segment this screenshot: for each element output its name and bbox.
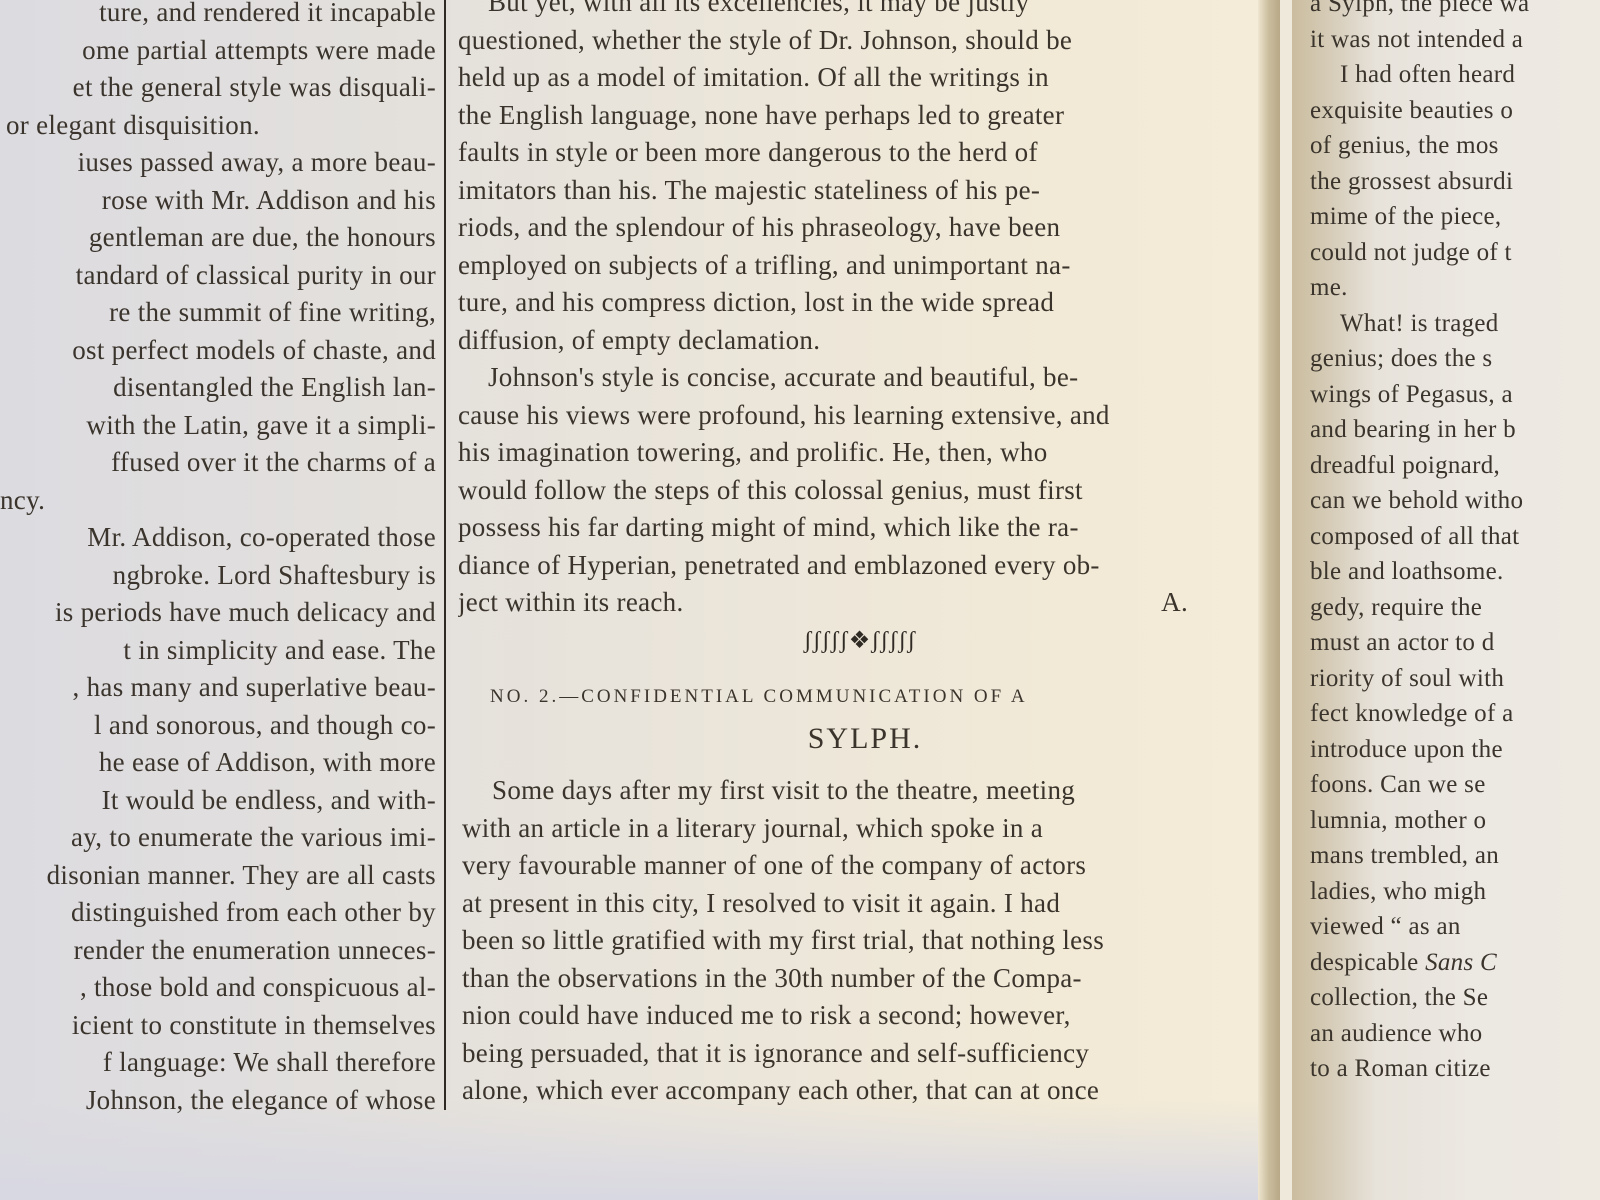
text-line: employed on subjects of a trifling, and … xyxy=(458,247,1218,285)
text-line: , those bold and conspicuous al- xyxy=(0,969,436,1007)
text-line: It would be endless, and with- xyxy=(0,782,436,820)
text-line: But yet, with all its excellencies, it m… xyxy=(458,0,1218,22)
text-line: riority of soul with xyxy=(1310,661,1600,697)
middle-column: But yet, with all its excellencies, it m… xyxy=(458,0,1218,622)
text-line: icient to constitute in themselves xyxy=(0,1007,436,1045)
text-line: collection, the Se xyxy=(1310,980,1600,1016)
text-line: distinguished from each other by xyxy=(0,894,436,932)
text-line: ost perfect models of chaste, and xyxy=(0,332,436,370)
text-line: ngbroke. Lord Shaftesbury is xyxy=(0,557,436,595)
text-line: with an article in a literary journal, w… xyxy=(462,810,1222,848)
text-line: an audience who xyxy=(1310,1016,1600,1052)
text-line: or elegant disquisition. xyxy=(0,107,436,145)
text-line: it was not intended a xyxy=(1310,22,1600,58)
text-line: me. xyxy=(1310,270,1600,306)
text-line: been so little gratified with my first t… xyxy=(462,922,1222,960)
text-line: I had often heard xyxy=(1310,57,1600,93)
section-title: SYLPH. xyxy=(440,722,1290,756)
text-line: ture, and his compress diction, lost in … xyxy=(458,284,1218,322)
text-line: with the Latin, gave it a simpli- xyxy=(0,407,436,445)
text-line: iuses passed away, a more beau- xyxy=(0,144,436,182)
text-line: tandard of classical purity in our xyxy=(0,257,436,295)
text-line: dreadful poignard, xyxy=(1310,448,1600,484)
text-line: foons. Can we se xyxy=(1310,767,1600,803)
text-line: ture, and rendered it incapable xyxy=(0,0,436,32)
author-signature: A. xyxy=(1161,584,1188,622)
text-line: disonian manner. They are all casts xyxy=(0,857,436,895)
text-line: ject within its reach. A. xyxy=(458,584,1218,622)
text-line: the English language, none have perhaps … xyxy=(458,97,1218,135)
text-line: at present in this city, I resolved to v… xyxy=(462,885,1222,923)
paragraph-johnson-style: Johnson's style is concise, accurate and… xyxy=(458,359,1218,622)
page-edge-shadow xyxy=(1258,0,1280,1200)
text-line: to a Roman citize xyxy=(1310,1051,1600,1087)
paragraph-sylph-communication: Some days after my first visit to the th… xyxy=(462,772,1222,1110)
text-line: he ease of Addison, with more xyxy=(0,744,436,782)
text-line: despicable Sans C xyxy=(1310,945,1600,981)
text-line: Johnson's style is concise, accurate and… xyxy=(458,359,1218,397)
text-line: ome partial attempts were made xyxy=(0,32,436,70)
text-line: his imagination towering, and prolific. … xyxy=(458,434,1218,472)
text-line: Some days after my first visit to the th… xyxy=(462,772,1222,810)
text-line: a Sylph, the piece wa xyxy=(1310,0,1600,22)
text-line: t in simplicity and ease. The xyxy=(0,632,436,670)
text-line: What! is traged xyxy=(1310,306,1600,342)
text-line: questioned, whether the style of Dr. Joh… xyxy=(458,22,1218,60)
text-line: riods, and the splendour of his phraseol… xyxy=(458,209,1218,247)
text-line: viewed “ as an xyxy=(1310,909,1600,945)
text-line: very favourable manner of one of the com… xyxy=(462,847,1222,885)
text-line: imitators than his. The majestic stateli… xyxy=(458,172,1218,210)
text-line: alone, which ever accompany each other, … xyxy=(462,1072,1222,1110)
text-line: lumnia, mother o xyxy=(1310,803,1600,839)
text-fragment: despicable xyxy=(1310,949,1425,976)
text-line: ncy. xyxy=(0,482,436,520)
italic-fragment: Sans C xyxy=(1425,949,1497,976)
text-line: mans trembled, an xyxy=(1310,838,1600,874)
text-line: wings of Pegasus, a xyxy=(1310,377,1600,413)
text-line: rose with Mr. Addison and his xyxy=(0,182,436,220)
text-line: gentleman are due, the honours xyxy=(0,219,436,257)
text-line: composed of all that xyxy=(1310,519,1600,555)
text-line: l and sonorous, and though co- xyxy=(0,707,436,745)
text-line: would follow the steps of this colossal … xyxy=(458,472,1218,510)
text-line: ay, to enumerate the various imi- xyxy=(0,819,436,857)
middle-column-lower: Some days after my first visit to the th… xyxy=(462,772,1222,1110)
text-line: held up as a model of imitation. Of all … xyxy=(458,59,1218,97)
text-line: faults in style or been more dangerous t… xyxy=(458,134,1218,172)
text-line: than the observations in the 30th number… xyxy=(462,960,1222,998)
text-line: disentangled the English lan- xyxy=(0,369,436,407)
text-line: mime of the piece, xyxy=(1310,199,1600,235)
text-line: ble and loathsome. xyxy=(1310,554,1600,590)
text-line: ladies, who migh xyxy=(1310,874,1600,910)
text-line: can we behold witho xyxy=(1310,483,1600,519)
text-line: exquisite beauties o xyxy=(1310,93,1600,129)
text-line: et the general style was disquali- xyxy=(0,69,436,107)
text-line: introduce upon the xyxy=(1310,732,1600,768)
text-line: gedy, require the xyxy=(1310,590,1600,626)
text-line: is periods have much delicacy and xyxy=(0,594,436,632)
text-line: of genius, the mos xyxy=(1310,128,1600,164)
text-line: f language: We shall therefore xyxy=(0,1044,436,1082)
text-line: , has many and superlative beau- xyxy=(0,669,436,707)
text-line: genius; does the s xyxy=(1310,341,1600,377)
decorative-ornament-divider: ʃʃʃʃʃ❖ʃʃʃʃʃ xyxy=(740,626,980,655)
paragraph-johnson-critique: But yet, with all its excellencies, it m… xyxy=(458,0,1218,359)
column-rule xyxy=(444,0,446,1110)
text-line: being persuaded, that it is ignorance an… xyxy=(462,1035,1222,1073)
text-line: nion could have induced me to risk a sec… xyxy=(462,997,1222,1035)
text-line: diffusion, of empty declamation. xyxy=(458,322,1218,360)
text-line: render the enumeration unneces- xyxy=(0,932,436,970)
text-line: re the summit of fine writing, xyxy=(0,294,436,332)
text-line: possess his far darting might of mind, w… xyxy=(458,509,1218,547)
text-line: Mr. Addison, co-operated those xyxy=(0,519,436,557)
text-line: ffused over it the charms of a xyxy=(0,444,436,482)
text-fragment: ject within its reach. xyxy=(458,587,684,617)
text-line: the grossest absurdi xyxy=(1310,164,1600,200)
text-line: fect knowledge of a xyxy=(1310,696,1600,732)
left-column: ture, and rendered it incapable ome part… xyxy=(0,0,436,1119)
section-heading: NO. 2.—CONFIDENTIAL COMMUNICATION OF A xyxy=(490,686,1210,708)
text-line: cause his views were profound, his learn… xyxy=(458,397,1218,435)
right-column: a Sylph, the piece wa it was not intende… xyxy=(1310,0,1600,1087)
text-line: and bearing in her b xyxy=(1310,412,1600,448)
text-line: could not judge of t xyxy=(1310,235,1600,271)
text-line: Johnson, the elegance of whose xyxy=(0,1082,436,1120)
text-line: must an actor to d xyxy=(1310,625,1600,661)
text-line: diance of Hyperian, penetrated and embla… xyxy=(458,547,1218,585)
